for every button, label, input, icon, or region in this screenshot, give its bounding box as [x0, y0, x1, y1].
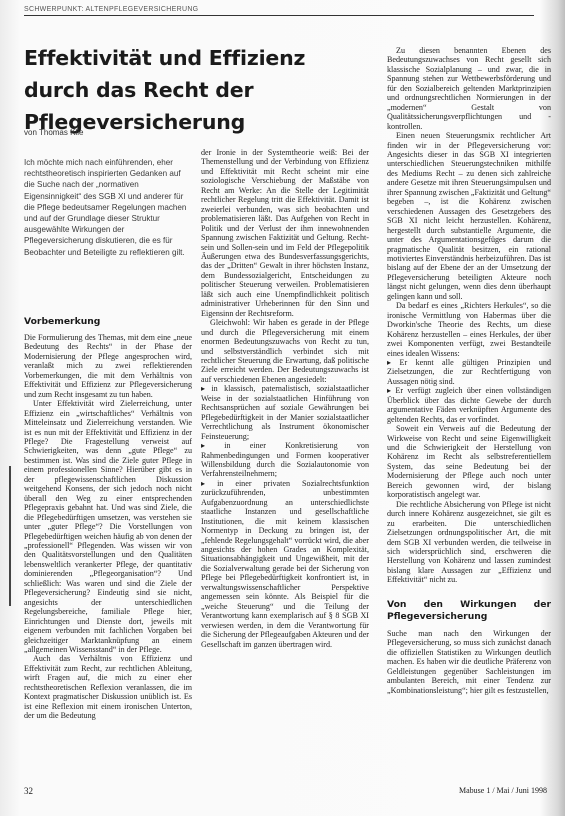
bullet-item: in einer Konkretisierung von Rahmenbedin…: [201, 441, 369, 479]
bullet-item: Er kennt alle gültigen Prinzipien und Zi…: [387, 358, 551, 386]
margin-bar: [9, 466, 11, 606]
author-byline: von Thomas Klie: [24, 128, 83, 137]
column-middle: der Ironie in der Systemtheorie weiß: Be…: [201, 148, 369, 649]
body-paragraph: Soweit ein Verweis auf die Bedeutung der…: [387, 424, 551, 500]
lead-paragraph: Ich möchte mich nach einführenden, eher …: [24, 157, 190, 258]
page-number: 32: [24, 786, 33, 796]
section-heading-vorbemerkung: Vorbemerkung: [24, 316, 192, 328]
body-paragraph: Unter Effektivität wird Zielerreichung, …: [24, 399, 192, 654]
body-paragraph: Auch das Verhältnis von Effizienz und Ef…: [24, 654, 192, 720]
body-paragraph: der Ironie in der Systemtheorie weiß: Be…: [201, 148, 369, 318]
section-heading-wirkungen: Von den Wirkungen der Pflegeversicherung: [387, 599, 551, 623]
issue-info: Mabuse 1 / Mai / Juni 1998: [459, 786, 547, 795]
body-paragraph: Gleichwohl: Wir haben es gerade in der P…: [201, 318, 369, 384]
body-paragraph: Suche man nach den Wirkungen der Pflegev…: [387, 629, 551, 695]
column-left: Vorbemerkung Die Formulierung des Themas…: [24, 316, 192, 721]
bullet-item: in einer privaten Sozialrechtsfunktion z…: [201, 479, 369, 649]
body-paragraph: Da bedarf es eines „Richters Herkules“, …: [387, 301, 551, 358]
body-paragraph: Einen neuen Steuerungsmix rechtlicher Ar…: [387, 131, 551, 301]
running-header: Schwerpunkt: Altenpflegeversicherung: [24, 6, 534, 16]
body-paragraph: Die rechtliche Absicherung von Pflege is…: [387, 500, 551, 585]
body-paragraph: Die Formulierung des Themas, mit dem ein…: [24, 333, 192, 399]
article-title: Effektivität und Effizienz durch das Rec…: [24, 42, 374, 138]
bullet-item: Er verfügt zugleich über einen vollständ…: [387, 386, 551, 424]
body-paragraph: Zu diesen benannten Ebenen des Bedeutung…: [387, 46, 551, 131]
column-right: Zu diesen benannten Ebenen des Bedeutung…: [387, 46, 551, 695]
bullet-item: in klassisch, paternalistisch, sozialsta…: [201, 384, 369, 441]
magazine-page: Schwerpunkt: Altenpflegeversicherung Eff…: [0, 0, 565, 816]
